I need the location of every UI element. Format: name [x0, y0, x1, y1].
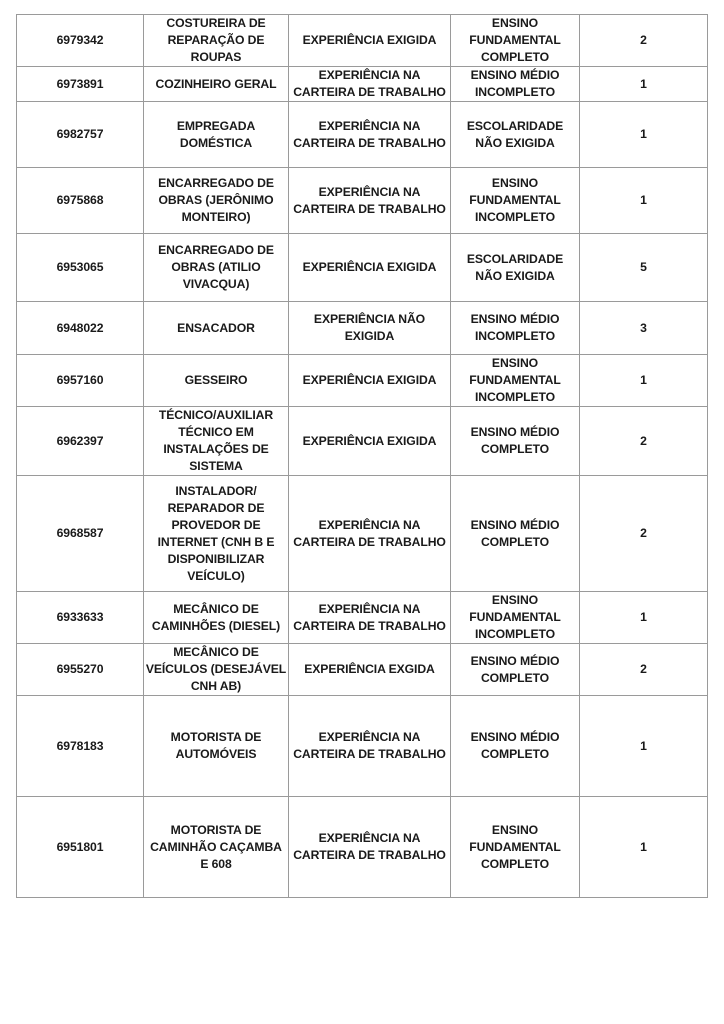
- experience-requirement-cell: EXPERIÊNCIA NA CARTEIRA DE TRABALHO: [289, 696, 451, 797]
- experience-requirement-cell: EXPERIÊNCIA EXIGIDA: [289, 15, 451, 67]
- education-requirement-cell: ENSINO FUNDAMENTAL INCOMPLETO: [451, 592, 580, 644]
- table-row: 6978183MOTORISTA DE AUTOMÓVEISEXPERIÊNCI…: [17, 696, 708, 797]
- vacancy-count-cell: 1: [580, 168, 708, 234]
- experience-requirement-cell: EXPERIÊNCIA NA CARTEIRA DE TRABALHO: [289, 67, 451, 102]
- experience-requirement-cell: EXPERIÊNCIA NA CARTEIRA DE TRABALHO: [289, 102, 451, 168]
- job-vacancies-table: 6979342COSTUREIRA DE REPARAÇÃO DE ROUPAS…: [16, 14, 708, 898]
- job-title-cell: MOTORISTA DE CAMINHÃO CAÇAMBA E 608: [144, 797, 289, 898]
- education-requirement-cell: ENSINO FUNDAMENTAL INCOMPLETO: [451, 168, 580, 234]
- table-row: 6953065ENCARREGADO DE OBRAS (ATILIO VIVA…: [17, 234, 708, 302]
- experience-requirement-cell: EXPERIÊNCIA EXGIDA: [289, 644, 451, 696]
- job-code-cell: 6973891: [17, 67, 144, 102]
- table-row: 6957160GESSEIROEXPERIÊNCIA EXIGIDAENSINO…: [17, 355, 708, 407]
- table-row: 6948022ENSACADOREXPERIÊNCIA NÃO EXIGIDAE…: [17, 302, 708, 355]
- job-title-cell: ENCARREGADO DE OBRAS (JERÔNIMO MONTEIRO): [144, 168, 289, 234]
- job-title-cell: GESSEIRO: [144, 355, 289, 407]
- vacancy-count-cell: 1: [580, 102, 708, 168]
- education-requirement-cell: ENSINO FUNDAMENTAL COMPLETO: [451, 797, 580, 898]
- job-title-cell: ENSACADOR: [144, 302, 289, 355]
- job-title-cell: EMPREGADA DOMÉSTICA: [144, 102, 289, 168]
- job-code-cell: 6978183: [17, 696, 144, 797]
- job-code-cell: 6982757: [17, 102, 144, 168]
- vacancy-count-cell: 1: [580, 592, 708, 644]
- job-code-cell: 6953065: [17, 234, 144, 302]
- vacancy-count-cell: 2: [580, 407, 708, 476]
- table-row: 6982757EMPREGADA DOMÉSTICAEXPERIÊNCIA NA…: [17, 102, 708, 168]
- education-requirement-cell: ENSINO FUNDAMENTAL COMPLETO: [451, 15, 580, 67]
- job-code-cell: 6951801: [17, 797, 144, 898]
- table-row: 6955270MECÂNICO DE VEÍCULOS (DESEJÁVEL C…: [17, 644, 708, 696]
- job-title-cell: COSTUREIRA DE REPARAÇÃO DE ROUPAS: [144, 15, 289, 67]
- education-requirement-cell: ENSINO MÉDIO COMPLETO: [451, 407, 580, 476]
- table-row: 6973891COZINHEIRO GERALEXPERIÊNCIA NA CA…: [17, 67, 708, 102]
- vacancy-count-cell: 2: [580, 644, 708, 696]
- job-title-cell: COZINHEIRO GERAL: [144, 67, 289, 102]
- job-code-cell: 6957160: [17, 355, 144, 407]
- education-requirement-cell: ENSINO FUNDAMENTAL INCOMPLETO: [451, 355, 580, 407]
- experience-requirement-cell: EXPERIÊNCIA EXIGIDA: [289, 407, 451, 476]
- vacancy-count-cell: 5: [580, 234, 708, 302]
- table-row: 6975868ENCARREGADO DE OBRAS (JERÔNIMO MO…: [17, 168, 708, 234]
- vacancy-count-cell: 2: [580, 476, 708, 592]
- vacancy-count-cell: 1: [580, 797, 708, 898]
- experience-requirement-cell: EXPERIÊNCIA EXIGIDA: [289, 355, 451, 407]
- education-requirement-cell: ENSINO MÉDIO COMPLETO: [451, 644, 580, 696]
- job-code-cell: 6955270: [17, 644, 144, 696]
- table-row: 6968587INSTALADOR/ REPARADOR DE PROVEDOR…: [17, 476, 708, 592]
- job-vacancies-table-body: 6979342COSTUREIRA DE REPARAÇÃO DE ROUPAS…: [17, 15, 708, 898]
- table-row: 6951801MOTORISTA DE CAMINHÃO CAÇAMBA E 6…: [17, 797, 708, 898]
- job-code-cell: 6975868: [17, 168, 144, 234]
- experience-requirement-cell: EXPERIÊNCIA NA CARTEIRA DE TRABALHO: [289, 476, 451, 592]
- job-title-cell: INSTALADOR/ REPARADOR DE PROVEDOR DE INT…: [144, 476, 289, 592]
- vacancy-count-cell: 1: [580, 355, 708, 407]
- experience-requirement-cell: EXPERIÊNCIA EXIGIDA: [289, 234, 451, 302]
- education-requirement-cell: ENSINO MÉDIO COMPLETO: [451, 476, 580, 592]
- experience-requirement-cell: EXPERIÊNCIA NA CARTEIRA DE TRABALHO: [289, 168, 451, 234]
- job-code-cell: 6948022: [17, 302, 144, 355]
- job-title-cell: TÉCNICO/AUXILIAR TÉCNICO EM INSTALAÇÕES …: [144, 407, 289, 476]
- education-requirement-cell: ENSINO MÉDIO INCOMPLETO: [451, 302, 580, 355]
- education-requirement-cell: ESCOLARIDADE NÃO EXIGIDA: [451, 234, 580, 302]
- job-title-cell: ENCARREGADO DE OBRAS (ATILIO VIVACQUA): [144, 234, 289, 302]
- job-title-cell: MECÂNICO DE CAMINHÕES (DIESEL): [144, 592, 289, 644]
- education-requirement-cell: ESCOLARIDADE NÃO EXIGIDA: [451, 102, 580, 168]
- experience-requirement-cell: EXPERIÊNCIA NA CARTEIRA DE TRABALHO: [289, 592, 451, 644]
- job-code-cell: 6962397: [17, 407, 144, 476]
- education-requirement-cell: ENSINO MÉDIO COMPLETO: [451, 696, 580, 797]
- table-row: 6933633MECÂNICO DE CAMINHÕES (DIESEL)EXP…: [17, 592, 708, 644]
- vacancy-count-cell: 1: [580, 67, 708, 102]
- job-title-cell: MOTORISTA DE AUTOMÓVEIS: [144, 696, 289, 797]
- experience-requirement-cell: EXPERIÊNCIA NA CARTEIRA DE TRABALHO: [289, 797, 451, 898]
- table-row: 6979342COSTUREIRA DE REPARAÇÃO DE ROUPAS…: [17, 15, 708, 67]
- table-row: 6962397TÉCNICO/AUXILIAR TÉCNICO EM INSTA…: [17, 407, 708, 476]
- job-code-cell: 6968587: [17, 476, 144, 592]
- job-code-cell: 6979342: [17, 15, 144, 67]
- job-code-cell: 6933633: [17, 592, 144, 644]
- experience-requirement-cell: EXPERIÊNCIA NÃO EXIGIDA: [289, 302, 451, 355]
- vacancy-count-cell: 3: [580, 302, 708, 355]
- vacancy-count-cell: 1: [580, 696, 708, 797]
- vacancy-count-cell: 2: [580, 15, 708, 67]
- education-requirement-cell: ENSINO MÉDIO INCOMPLETO: [451, 67, 580, 102]
- job-title-cell: MECÂNICO DE VEÍCULOS (DESEJÁVEL CNH AB): [144, 644, 289, 696]
